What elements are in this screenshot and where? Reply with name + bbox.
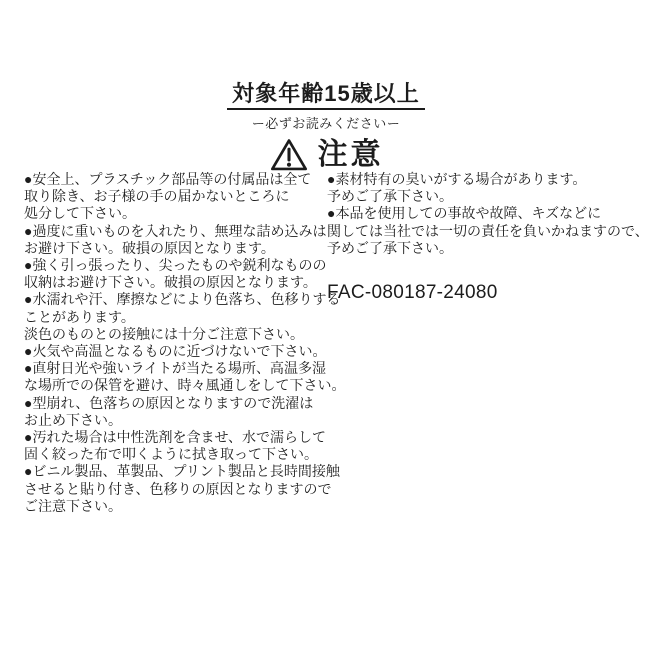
warning-line: お止め下さい。 bbox=[24, 412, 345, 429]
age-notice-title: 対象年齢15歳以上 bbox=[227, 82, 424, 110]
warning-line: ことがあります。 bbox=[24, 309, 345, 326]
warning-line: ●火気や高温となるものに近づけないで下さい。 bbox=[24, 343, 345, 360]
warning-line: 収納はお避け下さい。破損の原因となります。 bbox=[24, 274, 345, 291]
warning-line: ●強く引っ張ったり、尖ったものや鋭利なものの bbox=[24, 257, 345, 274]
warning-line: させると貼り付き、色移りの原因となりますので bbox=[24, 481, 345, 498]
read-notice-subtitle: ー必ずお読みくださいー bbox=[0, 113, 652, 132]
warning-line: 関しては当社では一切の責任を負いかねますので、 bbox=[327, 223, 649, 240]
warning-line: な場所での保管を避け、時々風通しをして下さい。 bbox=[24, 377, 345, 394]
caution-heading: 注意 bbox=[0, 137, 652, 173]
warning-line: ●汚れた場合は中性洗剤を含ませ、水で濡らして bbox=[24, 429, 345, 446]
warning-line: ●ビニル製品、革製品、プリント製品と長時間接触 bbox=[24, 463, 345, 480]
warning-line: 予めご了承下さい。 bbox=[327, 240, 649, 257]
warning-line: 固く絞った布で叩くように拭き取って下さい。 bbox=[24, 446, 345, 463]
header-block: 対象年齢15歳以上 ー必ずお読みくださいー 注意 bbox=[0, 82, 652, 173]
warning-line: 淡色のものとの接触には十分ご注意下さい。 bbox=[24, 326, 345, 343]
warning-triangle-icon bbox=[269, 137, 309, 173]
warnings-right-column: ●素材特有の臭いがする場合があります。 予めご了承下さい。 ●本品を使用しての事… bbox=[327, 171, 649, 304]
warning-line: ●本品を使用しての事故や故障、キズなどに bbox=[327, 205, 649, 222]
caution-label-page: 対象年齢15歳以上 ー必ずお読みくださいー 注意 ●安全上、プラスチック部品等の… bbox=[0, 0, 652, 652]
warning-line: ●過度に重いものを入れたり、無理な詰め込みは bbox=[24, 223, 345, 240]
warning-line: ●型崩れ、色落ちの原因となりますので洗濯は bbox=[24, 395, 345, 412]
warning-line: ●素材特有の臭いがする場合があります。 bbox=[327, 171, 649, 188]
warning-line: ●水濡れや汗、摩擦などにより色落ち、色移りする bbox=[24, 291, 345, 308]
warning-line: 取り除き、お子様の手の届かないところに bbox=[24, 188, 345, 205]
warning-line: 予めご了承下さい。 bbox=[327, 188, 649, 205]
warnings-left-column: ●安全上、プラスチック部品等の付属品は全て 取り除き、お子様の手の届かないところ… bbox=[24, 171, 345, 515]
warning-line: ご注意下さい。 bbox=[24, 498, 345, 515]
warning-line: お避け下さい。破損の原因となります。 bbox=[24, 240, 345, 257]
warning-line: ●直射日光や強いライトが当たる場所、高温多湿 bbox=[24, 360, 345, 377]
product-code: FAC-080187-24080 bbox=[327, 282, 649, 304]
warning-line: 処分して下さい。 bbox=[24, 205, 345, 222]
warning-line: ●安全上、プラスチック部品等の付属品は全て bbox=[24, 171, 345, 188]
caution-title: 注意 bbox=[318, 140, 384, 170]
